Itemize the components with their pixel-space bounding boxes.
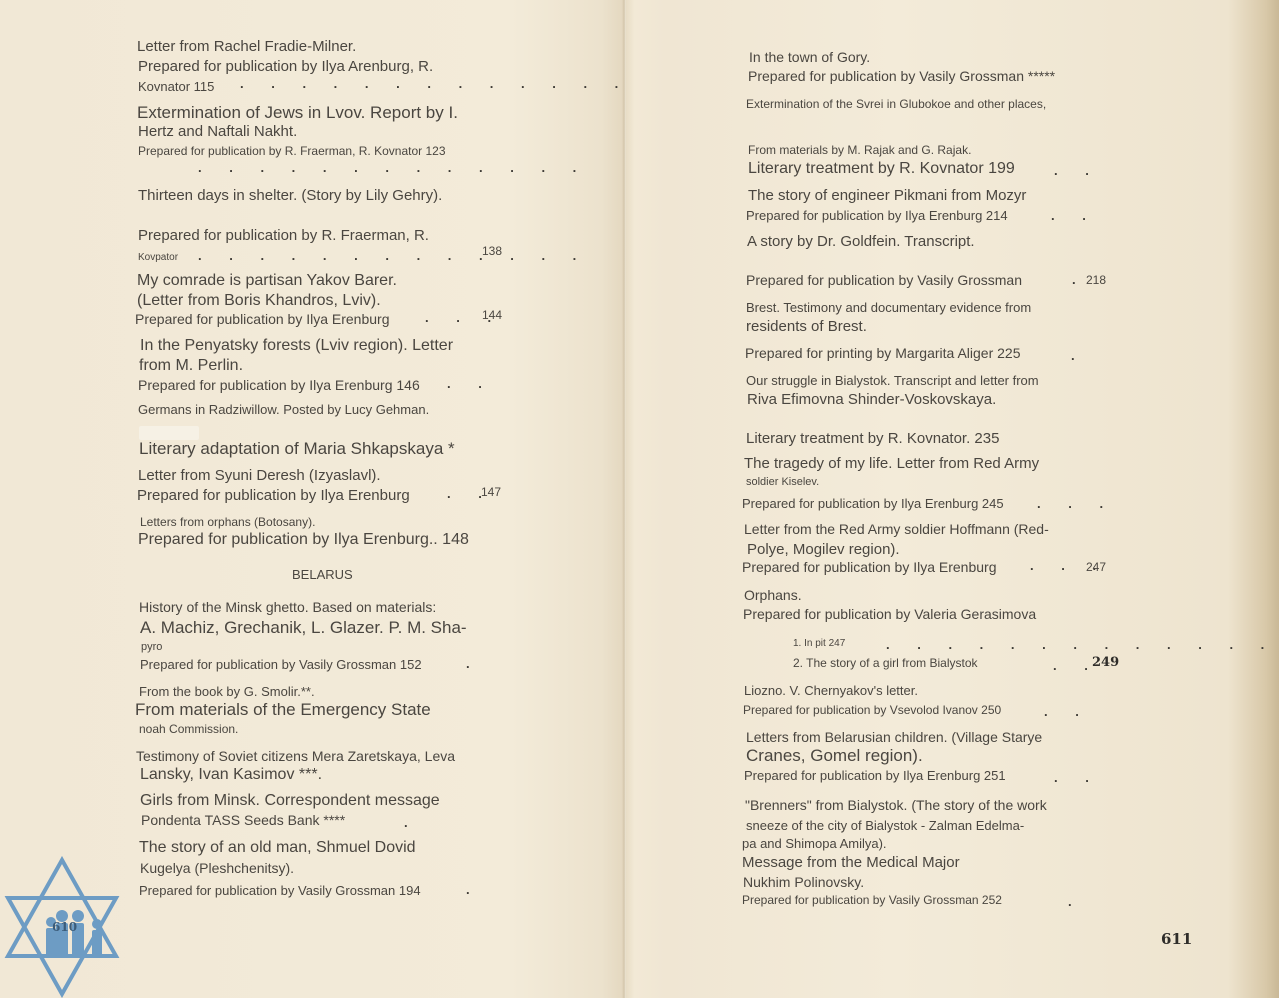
- dot-leader: . .: [1054, 163, 1101, 178]
- toc-entry-line: Cranes, Gomel region).: [746, 747, 923, 764]
- toc-entry-line: Prepared for publication by Ilya Erenbur…: [744, 769, 1006, 782]
- dot-leader: .: [466, 656, 482, 671]
- toc-entry-title: Extermination of Jews in Lvov. Report by…: [137, 104, 458, 121]
- dot-leader: .: [404, 815, 420, 830]
- toc-entry-line: noah Commission.: [139, 723, 238, 735]
- toc-entry-title: Thirteen days in shelter. (Story by Lily…: [138, 188, 442, 203]
- toc-entry-line: Prepared for publication by Vasily Gross…: [742, 894, 1002, 906]
- toc-entry-line: Prepared for publication by Ilya Erenbur…: [746, 209, 1008, 222]
- toc-entry-line: Message from the Medical Major: [742, 855, 960, 870]
- toc-entry-line: Prepared for publication by Ilya Erenbur…: [138, 378, 420, 392]
- page-number: 218: [1086, 273, 1106, 287]
- toc-entry-title: From the book by G. Smolir.**.: [139, 685, 315, 698]
- toc-entry-title: Brest. Testimony and documentary evidenc…: [746, 301, 1031, 314]
- toc-entry-title: Testimony of Soviet citizens Mera Zarets…: [136, 749, 455, 763]
- toc-entry-line: Prepared for publication by Ilya Erenbur…: [135, 312, 389, 326]
- scan-patch: [139, 426, 199, 440]
- toc-entry-line: From materials of the Emergency State: [135, 701, 431, 718]
- toc-entry-title: My comrade is partisan Yakov Barer.: [137, 273, 397, 289]
- toc-entry-title: Orphans.: [744, 588, 802, 602]
- toc-entry-title: Literary treatment by R. Kovnator. 235: [746, 431, 999, 446]
- page-number: 247: [1086, 560, 1106, 574]
- toc-entry-title: In the Penyatsky forests (Lviv region). …: [140, 338, 453, 354]
- toc-entry-line: Riva Efimovna Shinder-Voskovskaya.: [747, 392, 996, 407]
- toc-entry-title: Girls from Minsk. Correspondent message: [140, 793, 440, 809]
- toc-entry-title: The story of an old man, Shmuel Dovid: [139, 840, 416, 856]
- toc-entry-line: Prepared for publication by Valeria Gera…: [743, 607, 1036, 621]
- toc-entry-line: Lansky, Ivan Kasimov ***.: [140, 767, 322, 783]
- toc-entry-title: Germans in Radziwillow. Posted by Lucy G…: [138, 403, 429, 416]
- dot-leader: . . . . . . . . . . . . .: [198, 248, 588, 263]
- dot-leader: .: [1068, 894, 1084, 909]
- toc-entry-line: pa and Shimopa Amilya).: [742, 837, 887, 850]
- toc-entry-title: Letters from orphans (Botosany).: [140, 516, 315, 528]
- toc-entry-title: From materials by M. Rajak and G. Rajak.: [748, 144, 971, 156]
- toc-entry-line: sneeze of the city of Bialystok - Zalman…: [746, 819, 1024, 832]
- toc-entry-line: Prepared for publication by Vasily Gross…: [748, 69, 1055, 83]
- dot-leader: .: [466, 882, 482, 897]
- toc-entry-title: Letters from Belarusian children. (Villa…: [746, 730, 1042, 744]
- book-spread: Letter from Rachel Fradie-Milner. Prepar…: [0, 0, 1279, 998]
- toc-entry-line: Prepared for publication by Ilya Erenbur…: [742, 497, 1004, 510]
- dot-leader: . .: [447, 376, 494, 391]
- left-page-folio: 610: [52, 920, 77, 934]
- toc-entry-line: from M. Perlin.: [139, 358, 243, 374]
- toc-entry-line: Hertz and Naftali Nakht.: [138, 124, 297, 139]
- toc-entry-line: Prepared for publication by Vsevolod Iva…: [743, 704, 1001, 716]
- toc-entry-title: Literary adaptation of Maria Shkapskaya …: [139, 440, 455, 457]
- dot-leader: . .: [1044, 704, 1091, 719]
- right-page: In the town of Gory. Prepared for public…: [626, 0, 1279, 998]
- dot-leader: . .: [1054, 770, 1101, 785]
- toc-entry-title: The story of engineer Pikmani from Mozyr: [748, 188, 1026, 203]
- toc-entry-line: Prepared for publication by Vasily Gross…: [139, 884, 421, 897]
- toc-entry-title: In the town of Gory.: [749, 50, 870, 64]
- toc-entry-line: (Letter from Boris Khandros, Lviv).: [137, 293, 381, 309]
- toc-entry-title: "Brenners" from Bialystok. (The story of…: [745, 798, 1047, 812]
- toc-entry-line: residents of Brest.: [746, 319, 867, 334]
- toc-entry-line: Prepared for publication by Ilya Erenbur…: [742, 560, 996, 574]
- page-number: 138: [482, 244, 502, 258]
- toc-entry-title: Our struggle in Bialystok. Transcript an…: [746, 374, 1039, 387]
- toc-entry-line: Prepared for publication by Ilya Arenbur…: [138, 59, 433, 74]
- page-number: 249: [1092, 656, 1119, 669]
- toc-entry-line: Prepared for publication by Ilya Erenbur…: [137, 488, 410, 503]
- toc-entry-title: History of the Minsk ghetto. Based on ma…: [139, 600, 436, 614]
- toc-entry-line: Prepared for publication by R. Fraerman,…: [138, 228, 429, 243]
- page-number: 144: [482, 308, 502, 322]
- toc-entry-line: pyro: [141, 642, 162, 653]
- toc-entry-title: Liozno. V. Chernyakov's letter.: [744, 684, 918, 697]
- toc-entry-line: Nukhim Polinovsky.: [743, 875, 864, 889]
- right-page-folio: 611: [1161, 930, 1192, 948]
- toc-entry-line: Prepared for publication by Vasily Gross…: [140, 658, 422, 671]
- toc-entry-line: Polye, Mogilev region).: [747, 542, 900, 557]
- toc-entry-title: Prepared for printing by Margarita Alige…: [745, 346, 1020, 360]
- toc-entry-line: Literary treatment by R. Kovnator 199: [748, 161, 1015, 177]
- dot-leader: . . . . . . . . . . . . .: [886, 637, 1276, 652]
- toc-entry-line: Prepared for publication by R. Fraerman,…: [138, 145, 446, 157]
- page-number: 147: [481, 485, 501, 499]
- toc-entry-line: soldier Kiselev.: [746, 477, 819, 488]
- toc-entry-title: Extermination of the Svrei in Glubokoe a…: [746, 98, 1046, 110]
- dot-leader: . . .: [1037, 496, 1115, 511]
- toc-subentry: 1. In pit 247: [793, 639, 845, 649]
- toc-entry-line: Prepared for publication by Ilya Erenbur…: [138, 532, 469, 548]
- toc-subentry: 2. The story of a girl from Bialystok: [793, 657, 978, 669]
- toc-entry-title: Letter from the Red Army soldier Hoffman…: [744, 522, 1049, 536]
- toc-entry-title: Prepared for publication by Vasily Gross…: [746, 273, 1022, 287]
- toc-entry-title: The tragedy of my life. Letter from Red …: [744, 456, 1039, 471]
- dot-leader: . .: [1051, 208, 1098, 223]
- dot-leader: .: [1071, 348, 1087, 363]
- dot-leader: . . . . . . . . . . . . .: [240, 76, 630, 91]
- toc-entry-line: Pondenta TASS Seeds Bank ****: [141, 813, 345, 827]
- dot-leader: . . . . . . . . . . . . .: [198, 160, 588, 175]
- section-heading: BELARUS: [292, 568, 353, 581]
- toc-entry-title: Letter from Syuni Deresh (Izyaslavl).: [138, 468, 381, 483]
- toc-entry-title: A story by Dr. Goldfein. Transcript.: [747, 234, 975, 249]
- toc-entry-line: Kugelya (Pleshchenitsy).: [140, 861, 294, 875]
- toc-entry-line: Kovnator 115: [138, 80, 214, 93]
- left-page: Letter from Rachel Fradie-Milner. Prepar…: [0, 0, 622, 998]
- toc-entry-line: A. Machiz, Grechanik, L. Glazer. P. M. S…: [140, 619, 467, 636]
- toc-entry-title: Letter from Rachel Fradie-Milner.: [137, 39, 356, 54]
- toc-entry-line: Kovpator: [138, 253, 178, 263]
